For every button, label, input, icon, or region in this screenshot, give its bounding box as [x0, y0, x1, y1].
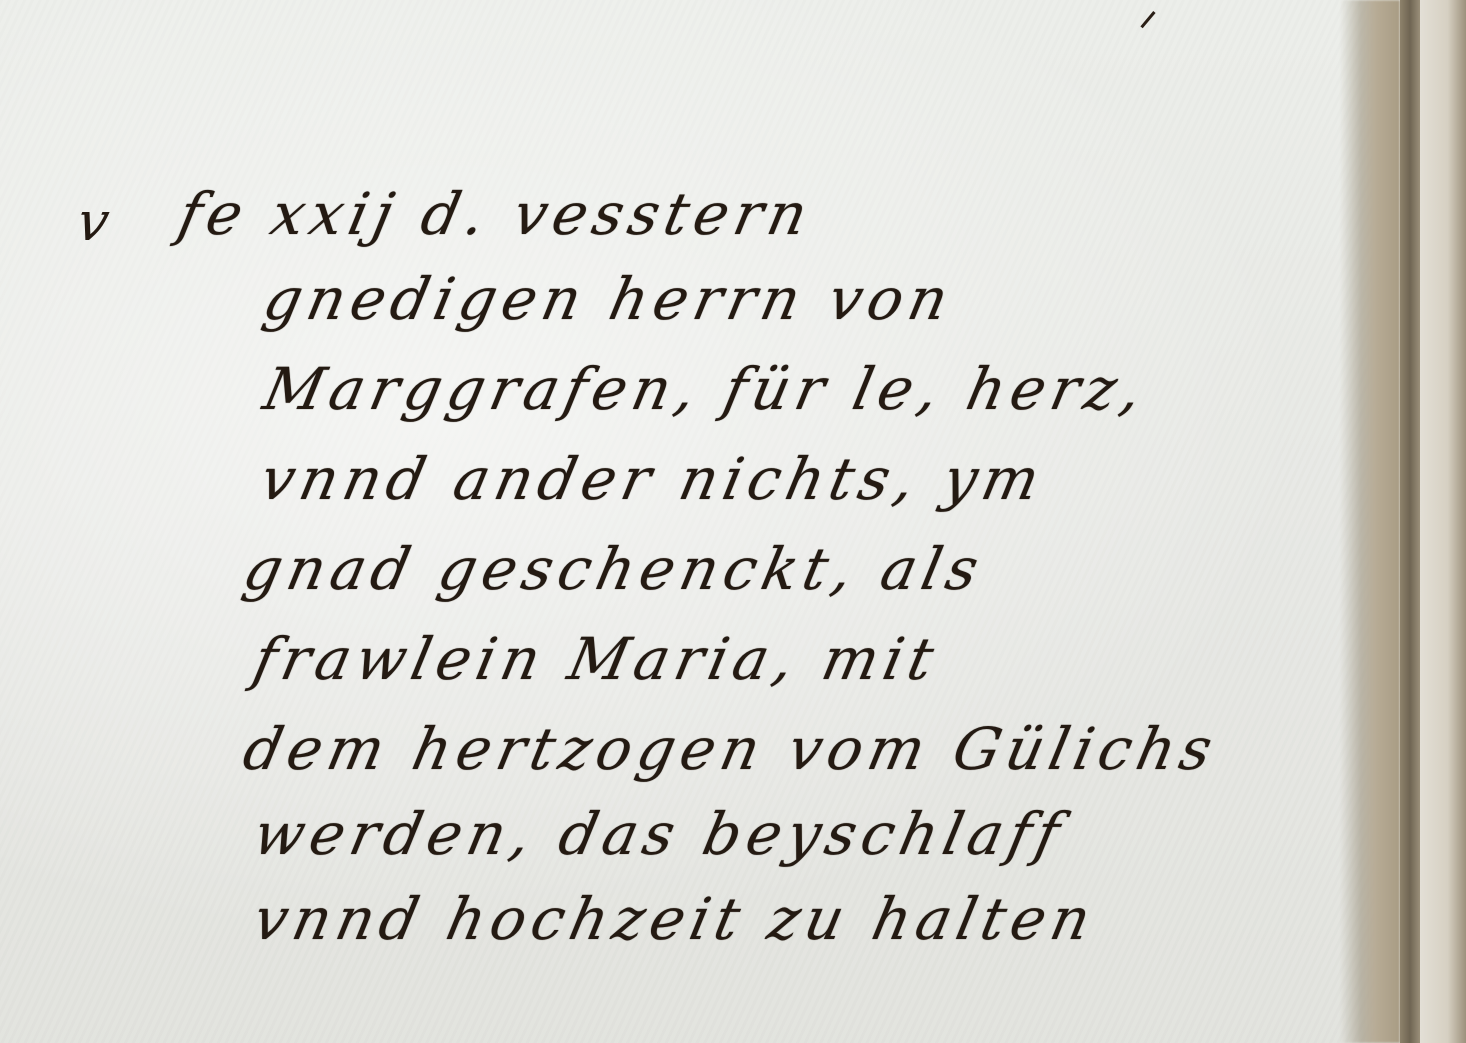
adjacent-page-edge [1420, 0, 1466, 1043]
manuscript-line-3: Marggrafen, für le, herz, [258, 355, 1154, 423]
manuscript-line-8: werden, das beyschlaff [248, 800, 1072, 868]
binding-gutter [1400, 0, 1420, 1043]
manuscript-line-1: fe xxij d. vesstern [173, 180, 819, 248]
margin-mark: v [72, 190, 114, 253]
manuscript-line-4: vnnd ander nichts, ym [255, 445, 1052, 513]
manuscript-line-7: dem hertzogen vom Gülichs [238, 715, 1224, 783]
page-edge-worn [1340, 0, 1400, 1043]
manuscript-line-5: gnad geschenckt, als [238, 535, 991, 603]
manuscript-line-9: vnnd hochzeit zu halten [248, 885, 1103, 953]
manuscript-line-2: gnedigen herrn von [258, 265, 960, 333]
manuscript-page: v fe xxij d. vesstern gnedigen herrn von… [0, 0, 1466, 1043]
manuscript-line-6: frawlein Maria, mit [248, 625, 946, 693]
ink-stroke [1117, 0, 1155, 28]
